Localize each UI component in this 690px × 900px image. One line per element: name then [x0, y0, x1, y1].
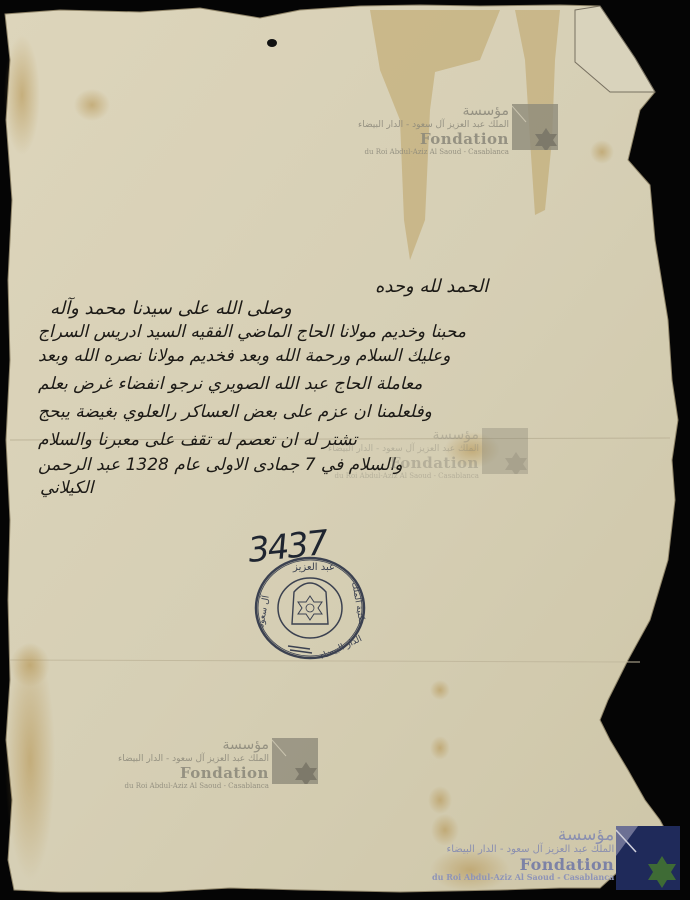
body-line-4: وفلعلمنا ان عزم على بعض العساكر رالعلوي … — [38, 402, 432, 422]
body-line-1: محبنا وخديم مولانا الحاج الماضي الفقيه ا… — [38, 322, 466, 342]
watermark-mid: مؤسسة الملك عبد العزيز آل سعود - الدار ا… — [328, 428, 528, 481]
body-line-7: الكيلاني — [40, 478, 93, 498]
watermark-french-subtitle: du Roi Abdul-Aziz Al Saoud - Casablanca — [432, 873, 614, 882]
body-line-3: معاملة الحاج عبد الله الصويري نرجو انفضا… — [38, 374, 422, 394]
watermark-french-subtitle: du Roi Abdul-Aziz Al Saoud - Casablanca — [328, 472, 479, 481]
body-line-5: تشتر له ان تعصم له تقف على معبرنا والسلا… — [38, 430, 357, 450]
watermark-french-title: Fondation — [358, 131, 509, 148]
watermark-french-subtitle: du Roi Abdul-Aziz Al Saoud - Casablanca — [358, 148, 509, 157]
document-scan: الحمد لله وحده وصلى الله على سيدنا محمد … — [0, 0, 690, 900]
watermark-arabic-title: مؤسسة — [118, 738, 269, 753]
watermark-french-title: Fondation — [328, 455, 479, 472]
watermark-bottom-right: مؤسسة الملك عبد العزيز آل سعود - الدار ا… — [432, 826, 680, 890]
library-seal-icon: عبد العزيز الدار البيضاء آل سعود مكتبة ا… — [252, 552, 372, 664]
seal-inscription-bottom: الدار البيضاء — [319, 634, 364, 662]
watermark-french-subtitle: du Roi Abdul-Aziz Al Saoud - Casablanca — [118, 782, 269, 791]
watermark-top: مؤسسة الملك عبد العزيز آل سعود - الدار ا… — [358, 104, 558, 157]
foundation-logo-icon — [512, 104, 558, 150]
foundation-logo-icon — [482, 428, 528, 474]
seal-inscription-top: عبد العزيز — [292, 562, 335, 573]
watermark-arabic-title: مؤسسة — [328, 428, 479, 443]
watermark-arabic-title: مؤسسة — [358, 104, 509, 119]
heading-hamdala: الحمد لله وحده — [375, 276, 488, 297]
watermark-french-title: Fondation — [118, 765, 269, 782]
body-line-2: وعليك السلام ورحمة الله وبعد فخديم مولان… — [38, 346, 450, 366]
watermark-arabic-title: مؤسسة — [432, 826, 614, 844]
foundation-logo-icon — [616, 826, 680, 890]
watermark-lower: مؤسسة الملك عبد العزيز آل سعود - الدار ا… — [118, 738, 318, 791]
foundation-logo-icon — [272, 738, 318, 784]
heading-salutation: وصلى الله على سيدنا محمد وآله — [50, 298, 292, 319]
watermark-french-title: Fondation — [432, 856, 614, 873]
